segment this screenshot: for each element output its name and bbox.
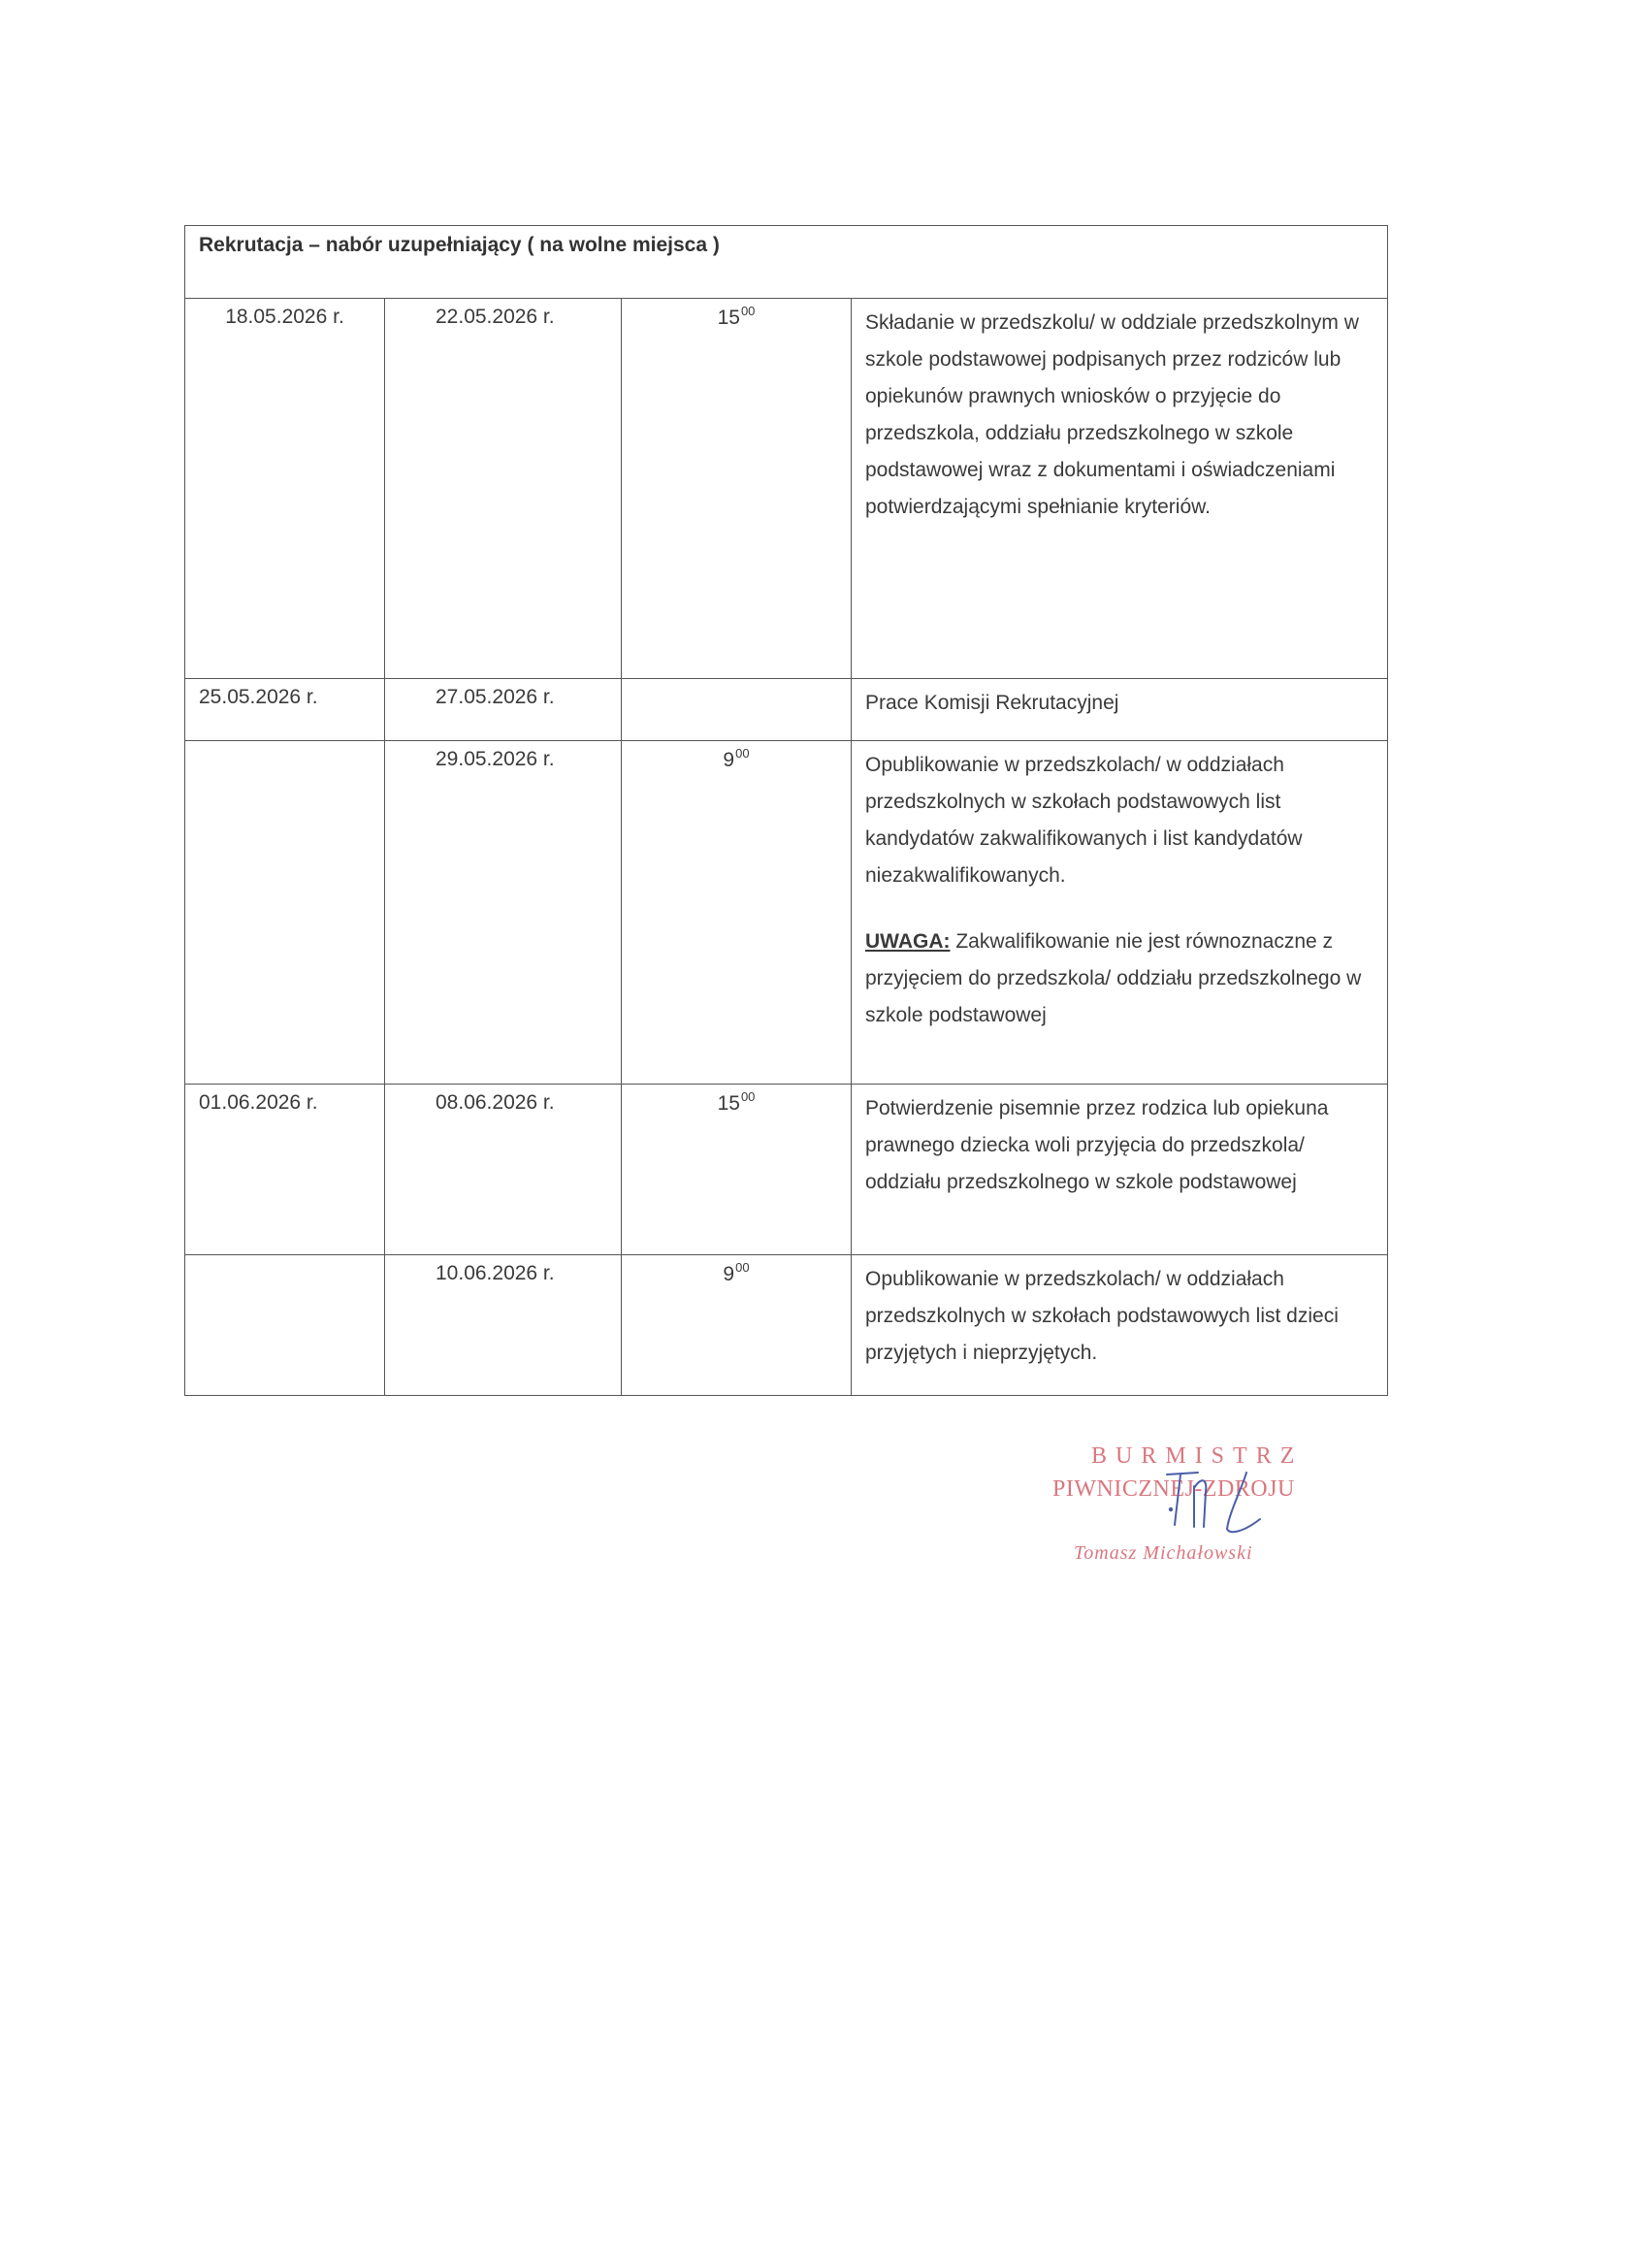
description-cell: Prace Komisji Rekrutacyjnej <box>852 679 1388 741</box>
description-text: Prace Komisji Rekrutacyjnej <box>865 685 1377 722</box>
date-from-cell: 18.05.2026 r. <box>185 299 385 679</box>
description-cell: Potwierdzenie pisemnie przez rodzica lub… <box>852 1085 1388 1255</box>
date-from-cell: 01.06.2026 r. <box>185 1085 385 1255</box>
date-to-cell: 10.06.2026 r. <box>385 1255 622 1396</box>
time-minutes: 00 <box>735 1260 749 1275</box>
description-cell: Opublikowanie w przedszkolach/ w oddział… <box>852 1255 1388 1396</box>
time-cell: 1500 <box>622 1085 852 1255</box>
table-row: 10.06.2026 r. 900 Opublikowanie w przeds… <box>185 1255 1388 1396</box>
time-minutes: 00 <box>735 746 749 761</box>
table-row: 29.05.2026 r. 900 Opublikowanie w przeds… <box>185 741 1388 1085</box>
date-to-cell: 29.05.2026 r. <box>385 741 622 1085</box>
date-from-cell: 25.05.2026 r. <box>185 679 385 741</box>
description-text: Składanie w przedszkolu/ w oddziale prze… <box>865 305 1377 526</box>
section-header-row: Rekrutacja – nabór uzupełniający ( na wo… <box>185 226 1388 299</box>
description-cell: Składanie w przedszkolu/ w oddziale prze… <box>852 299 1388 679</box>
time-cell <box>622 679 852 741</box>
date-to-cell: 27.05.2026 r. <box>385 679 622 741</box>
time-cell: 1500 <box>622 299 852 679</box>
note-label: UWAGA: <box>865 930 951 953</box>
description-text: Opublikowanie w przedszkolach/ w oddział… <box>865 1261 1377 1372</box>
recruitment-schedule-table: Rekrutacja – nabór uzupełniający ( na wo… <box>184 225 1388 1396</box>
table-row: 01.06.2026 r. 08.06.2026 r. 1500 Potwier… <box>185 1085 1388 1255</box>
time-minutes: 00 <box>741 1089 755 1104</box>
description-text: Potwierdzenie pisemnie przez rodzica lub… <box>865 1090 1377 1201</box>
section-header-cell: Rekrutacja – nabór uzupełniający ( na wo… <box>185 226 1388 299</box>
date-to-cell: 22.05.2026 r. <box>385 299 622 679</box>
document-page: Rekrutacja – nabór uzupełniający ( na wo… <box>0 0 1649 2268</box>
time-hour: 15 <box>718 307 740 329</box>
date-from-cell <box>185 741 385 1085</box>
description-text: Opublikowanie w przedszkolach/ w oddział… <box>865 747 1377 894</box>
date-from-cell <box>185 1255 385 1396</box>
date-to-cell: 08.06.2026 r. <box>385 1085 622 1255</box>
table-row: 25.05.2026 r. 27.05.2026 r. Prace Komisj… <box>185 679 1388 741</box>
time-cell: 900 <box>622 1255 852 1396</box>
description-cell: Opublikowanie w przedszkolach/ w oddział… <box>852 741 1388 1085</box>
time-minutes: 00 <box>741 304 755 318</box>
table-row: 18.05.2026 r. 22.05.2026 r. 1500 Składan… <box>185 299 1388 679</box>
time-cell: 900 <box>622 741 852 1085</box>
mayor-stamp: BURMISTRZ PIWNICZNEJ-ZDROJU Tomasz Micha… <box>1052 1438 1363 1573</box>
note-paragraph: UWAGA: Zakwalifikowanie nie jest równozn… <box>865 923 1377 1034</box>
section-title: Rekrutacja – nabór uzupełniający ( na wo… <box>199 234 720 256</box>
time-hour: 9 <box>723 749 734 771</box>
signature-icon <box>1052 1438 1363 1573</box>
time-hour: 9 <box>723 1263 734 1285</box>
time-hour: 15 <box>718 1092 740 1115</box>
